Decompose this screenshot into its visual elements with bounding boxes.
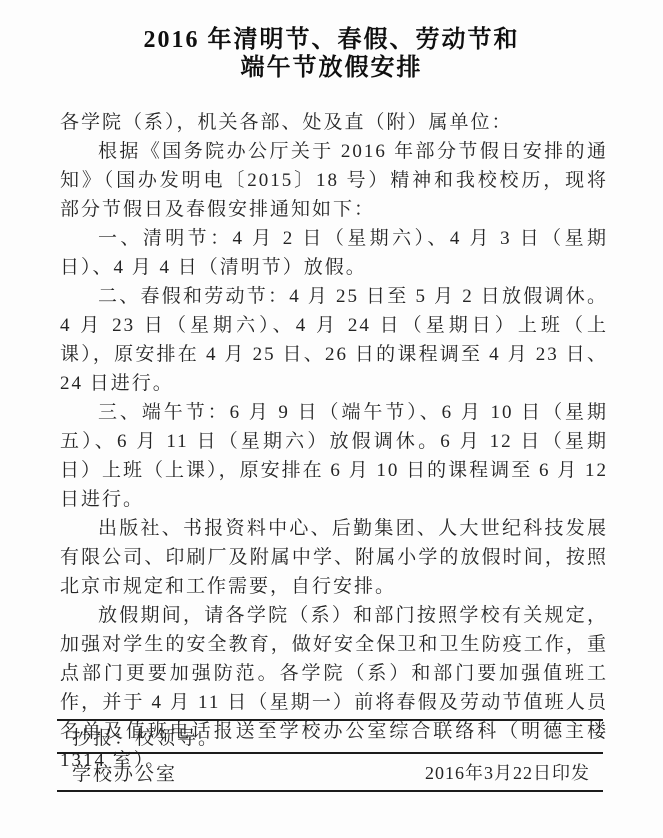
print-date: 2016年3月22日印发 (425, 759, 590, 785)
document-title: 2016 年清明节、春假、劳动节和 端午节放假安排 (0, 0, 663, 82)
copy-to-text: 抄报：校领导。 (72, 723, 219, 750)
title-line-1: 2016 年清明节、春假、劳动节和 (0, 26, 663, 54)
document-body: 各学院（系），机关各部、处及直（附）属单位：根据《国务院办公厅关于 2016 年… (60, 108, 608, 775)
paragraph: 各学院（系），机关各部、处及直（附）属单位： (60, 108, 608, 137)
paragraph: 出版社、书报资料中心、后勤集团、人大世纪科技发展有限公司、印刷厂及附属中学、附属… (60, 514, 608, 601)
issuer-name: 学校办公室 (72, 759, 177, 786)
issuer-row: 学校办公室 2016年3月22日印发 (57, 754, 603, 790)
title-line-2: 端午节放假安排 (0, 54, 663, 82)
paragraph: 三、端午节：6 月 9 日（端午节）、6 月 10 日（星期五）、6 月 11 … (60, 398, 608, 514)
paragraph: 一、清明节：4 月 2 日（星期六）、4 月 3 日（星期日）、4 月 4 日（… (60, 224, 608, 282)
notice-document-page: 2016 年清明节、春假、劳动节和 端午节放假安排 各学院（系），机关各部、处及… (0, 0, 663, 838)
document-footer: 抄报：校领导。 学校办公室 2016年3月22日印发 (57, 719, 603, 792)
paragraph: 根据《国务院办公厅关于 2016 年部分节假日安排的通知》（国办发明电〔2015… (60, 137, 608, 224)
paragraph: 二、春假和劳动节：4 月 25 日至 5 月 2 日放假调休。4 月 23 日（… (60, 282, 608, 398)
copy-to-row: 抄报：校领导。 (57, 721, 603, 754)
